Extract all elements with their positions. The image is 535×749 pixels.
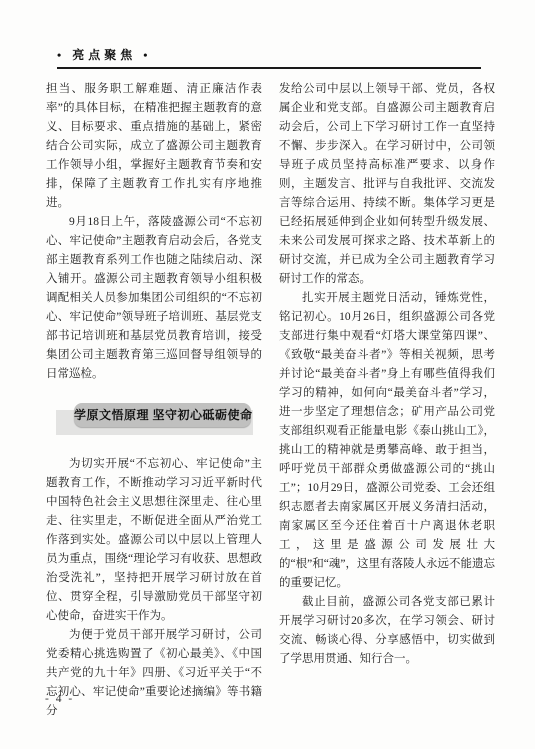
paragraph: 为切实开展“不忘初心、牢记使命”主题教育工作，不断推动学习习近平新时代中国特色社…	[46, 455, 262, 626]
paragraph: 扎实开展主题党日活动，锤炼党性，铭记初心。10月26日，组织盛源公司各党支部进行…	[279, 289, 495, 593]
paragraph: 发给公司中层以上领导干部、党员，各权属企业和党支部。自盛源公司主题教育启动会后，…	[279, 80, 495, 289]
page-body: 担当、服务职工解难题、清正廉洁作表率”的具体目标，在精准把握主题教育的意义、目标…	[46, 80, 496, 721]
page-number: - 4 -	[45, 693, 74, 705]
document-page: • 亮点聚焦 • 担当、服务职工解难题、清正廉洁作表率”的具体目标，在精准把握主…	[0, 0, 535, 749]
section-heading: 学原文悟原理 坚守初心砥砺使命	[46, 403, 262, 434]
paragraph: 截止目前，盛源公司各党支部已累计开展学习研讨20多次，在学习领会、研讨交流、畅谈…	[279, 593, 495, 669]
right-column: 发给公司中层以上领导干部、党员，各权属企业和党支部。自盛源公司主题教育启动会后，…	[279, 80, 495, 721]
header-title: • 亮点聚焦 •	[57, 48, 151, 62]
page-header: • 亮点聚焦 •	[57, 46, 481, 69]
left-column: 担当、服务职工解难题、清正廉洁作表率”的具体目标，在精准把握主题教育的意义、目标…	[46, 80, 262, 721]
paragraph: 担当、服务职工解难题、清正廉洁作表率”的具体目标，在精准把握主题教育的意义、目标…	[46, 80, 262, 213]
paragraph: 9月18日上午，落陵盛源公司“不忘初心、牢记使命”主题教育启动会后，各党支部主题…	[46, 213, 262, 384]
heading-pill: 学原文悟原理 坚守初心砥砺使命	[74, 403, 251, 427]
paragraph: 为便于党员干部开展学习研讨，公司党委精心挑选购置了《初心最美》、《中国共产党的九…	[46, 626, 262, 721]
